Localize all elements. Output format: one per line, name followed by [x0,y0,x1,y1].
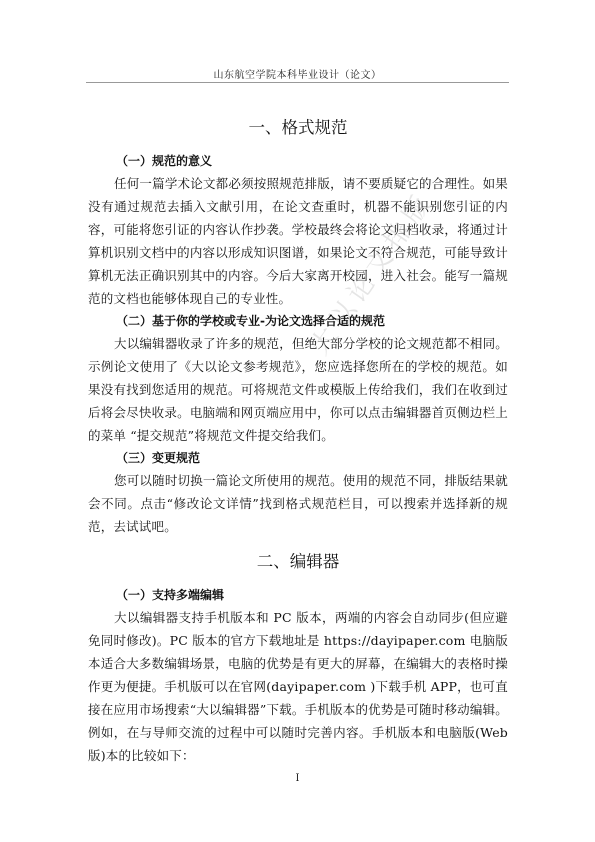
section-title-format: 一、格式规范 [88,110,508,150]
paragraph-change-spec: 您可以随时切换一篇论文所使用的规范。使用的规范不同，排版结果就会不同。点击“修改… [88,469,508,538]
document-body: 一、格式规范 （一）规范的意义 任何一篇学术论文都必须按照规范排版，请不要质疑它… [88,110,508,767]
section-title-editor: 二、编辑器 [88,544,508,584]
page-header: 山东航空学院本科毕业设计（论文） [86,66,509,81]
subsection-title-choose-spec: （二）基于你的学校或专业-为论文选择合适的规范 [88,310,508,332]
subsection-title-multi-device: （一）支持多端编辑 [88,584,508,606]
header-divider [86,82,509,83]
paragraph-meaning: 任何一篇学术论文都必须按照规范排版，请不要质疑它的合理性。如果没有通过规范去插入… [88,172,508,310]
paragraph-choose-spec: 大以编辑器收录了许多的规范，但绝大部分学校的论文规范都不相同。示例论文使用了《大… [88,332,508,447]
page-number: I [0,773,595,784]
document-page: 山东航空学院本科毕业设计（论文） 大以论文排版 一、格式规范 （一）规范的意义 … [0,0,595,842]
paragraph-multi-device: 大以编辑器支持手机版本和 PC 版本，两端的内容会自动同步(但应避免同时修改)。… [88,606,508,767]
subsection-title-change-spec: （三）变更规范 [88,447,508,469]
subsection-title-meaning: （一）规范的意义 [88,150,508,172]
